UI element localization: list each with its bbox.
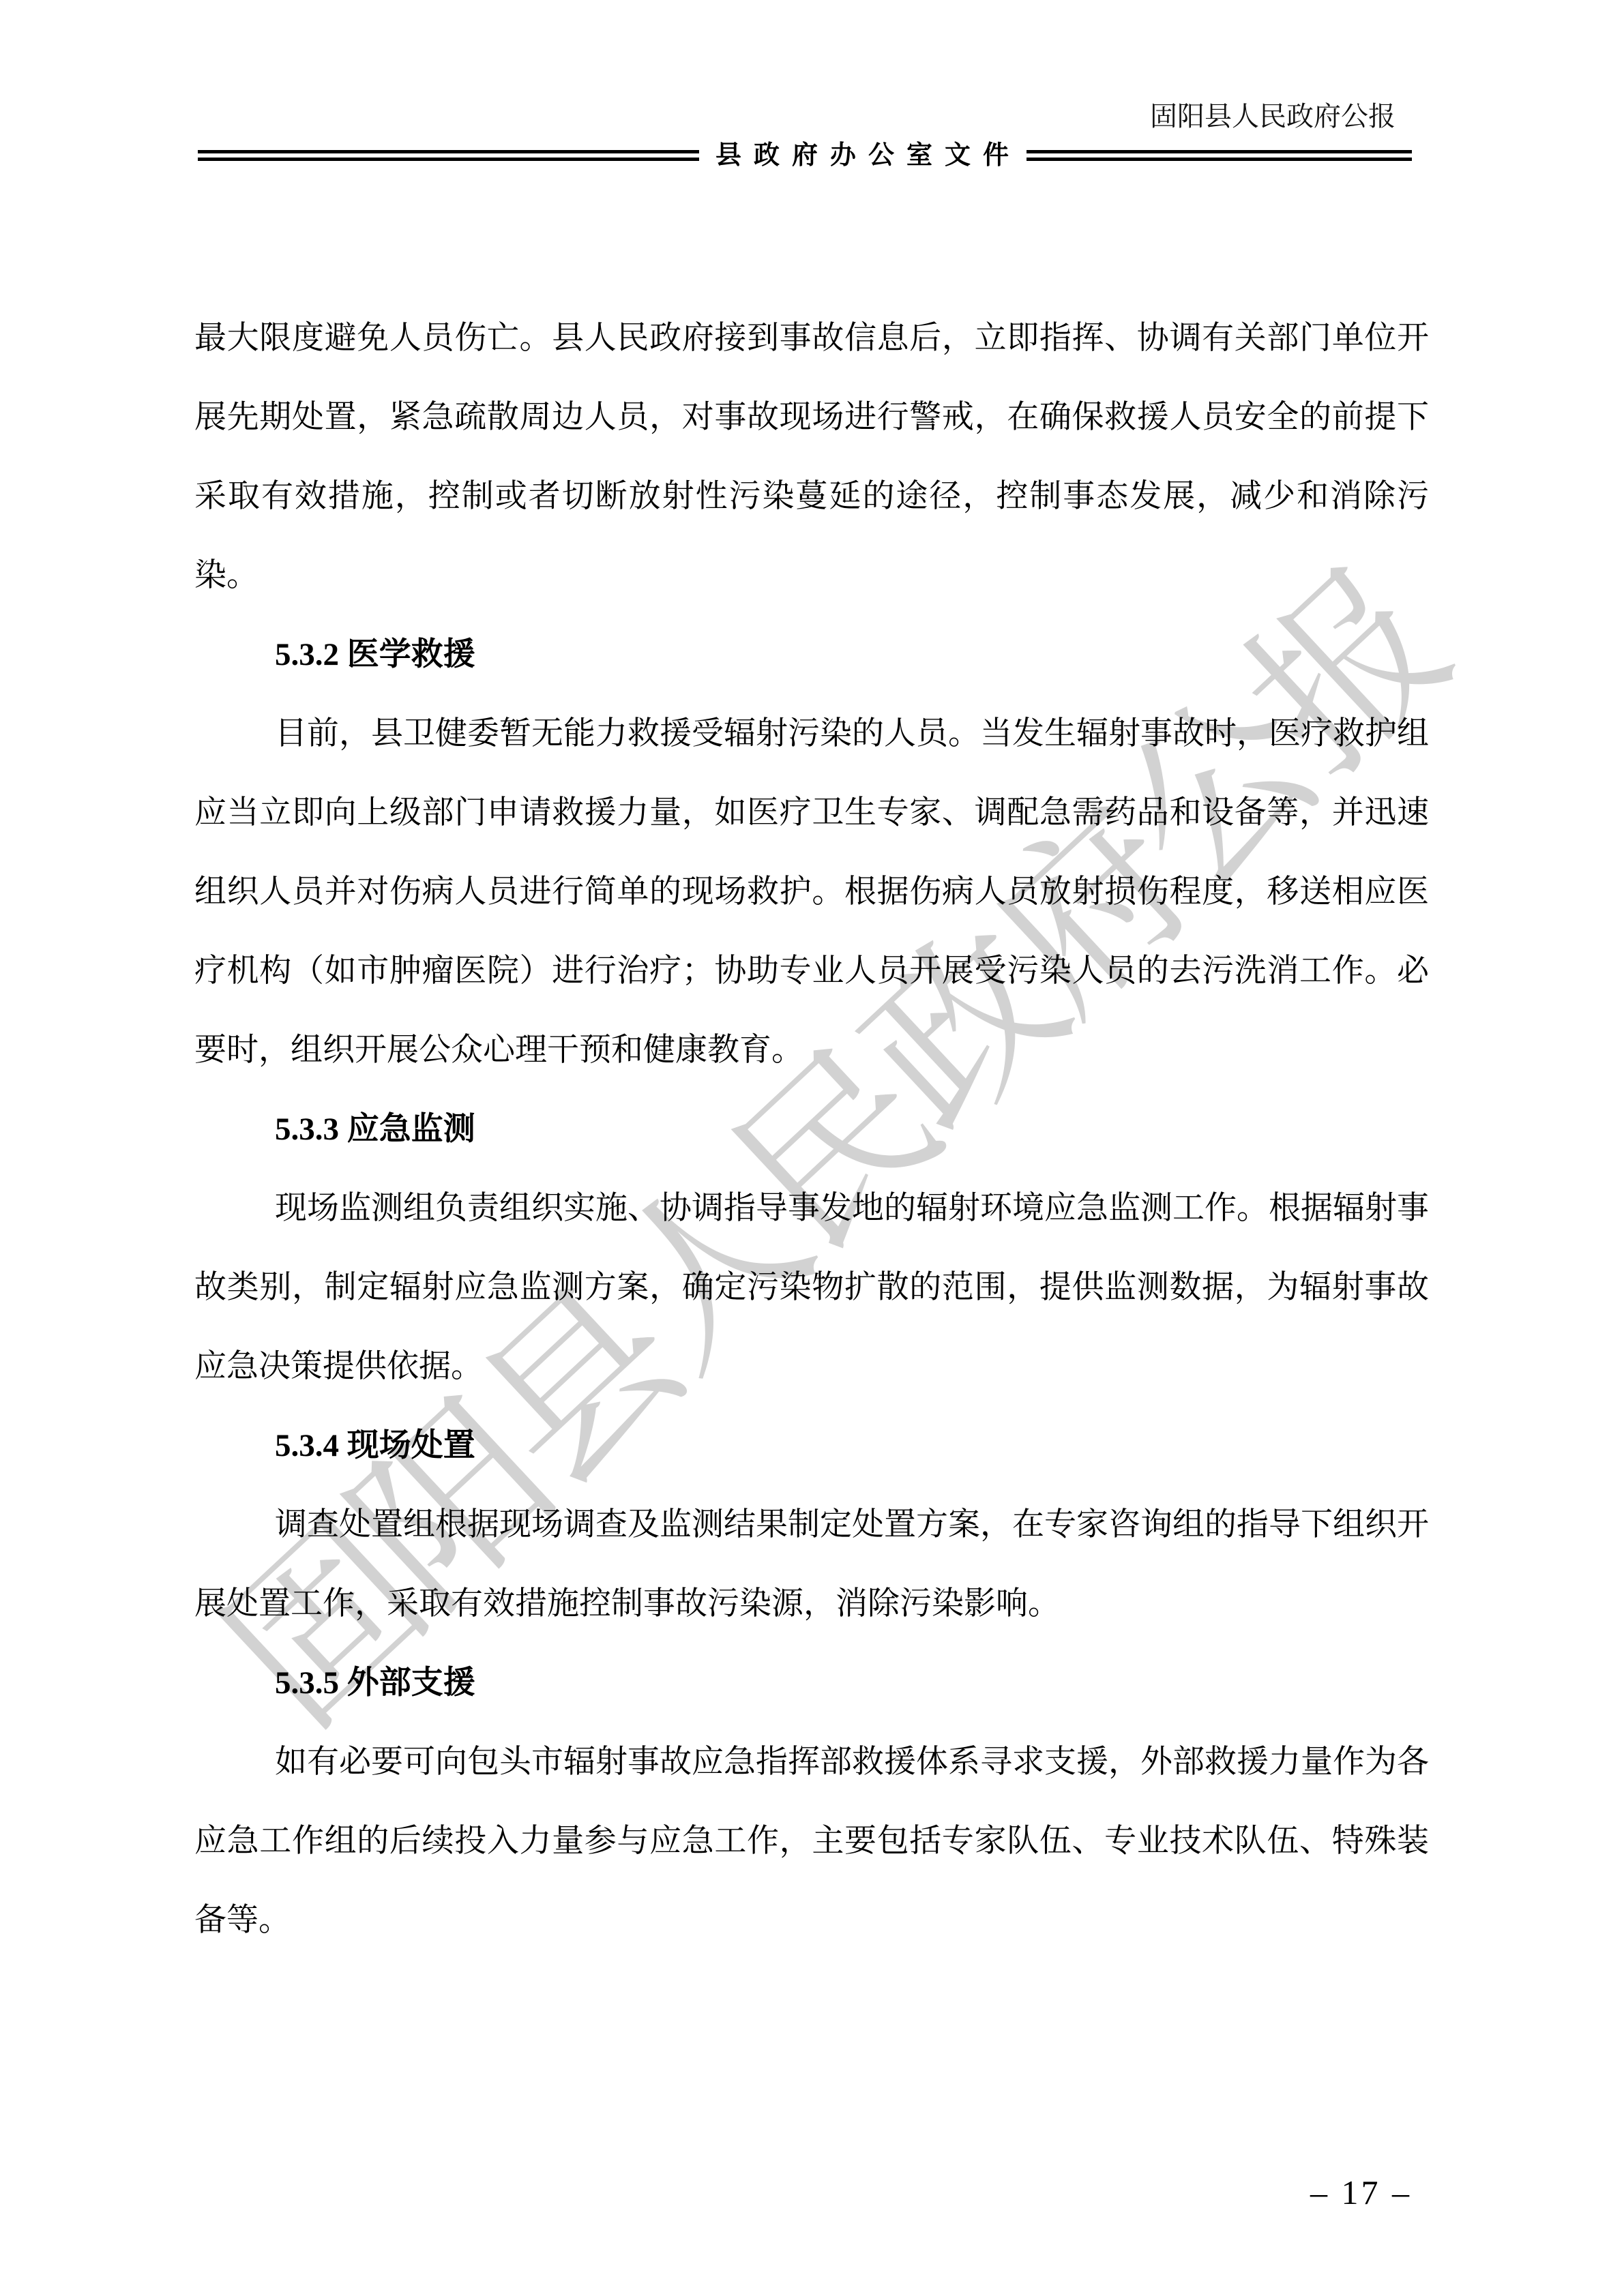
body-paragraph: 调查处置组根据现场调查及监测结果制定处置方案，在专家咨询组的指导下组织开展处置工… xyxy=(194,1485,1429,1643)
body-paragraph: 目前，县卫健委暂无能力救援受辐射污染的人员。当发生辐射事故时，医疗救护组应当立即… xyxy=(194,694,1429,1090)
section-heading-5-3-4: 5.3.4 现场处置 xyxy=(194,1406,1429,1485)
section-heading-5-3-3: 5.3.3 应急监测 xyxy=(194,1090,1429,1169)
body-paragraph: 最大限度避免人员伤亡。县人民政府接到事故信息后，立即指挥、协调有关部门单位开展先… xyxy=(194,299,1429,615)
section-heading-5-3-2: 5.3.2 医学救援 xyxy=(194,615,1429,694)
document-body: 最大限度避免人员伤亡。县人民政府接到事故信息后，立即指挥、协调有关部门单位开展先… xyxy=(194,299,1429,1960)
document-category-title: 县政府办公室文件 xyxy=(699,138,1027,173)
header-rule-band: 县政府办公室文件 xyxy=(198,138,1412,173)
header-rule-right xyxy=(1027,150,1412,161)
gazette-masthead: 固阳县人民政府公报 xyxy=(1150,101,1396,132)
header-rule-left xyxy=(198,150,699,161)
gazette-page: 固阳县人民政府公报 固阳县人民政府公报 县政府办公室文件 最大限度避免人员伤亡。… xyxy=(0,0,1624,2296)
page-number: – 17 – xyxy=(1310,2173,1412,2212)
body-paragraph: 如有必要可向包头市辐射事故应急指挥部救援体系寻求支援，外部救援力量作为各应急工作… xyxy=(194,1723,1429,1960)
body-paragraph: 现场监测组负责组织实施、协调指导事发地的辐射环境应急监测工作。根据辐射事故类别，… xyxy=(194,1169,1429,1406)
section-heading-5-3-5: 5.3.5 外部支援 xyxy=(194,1643,1429,1723)
